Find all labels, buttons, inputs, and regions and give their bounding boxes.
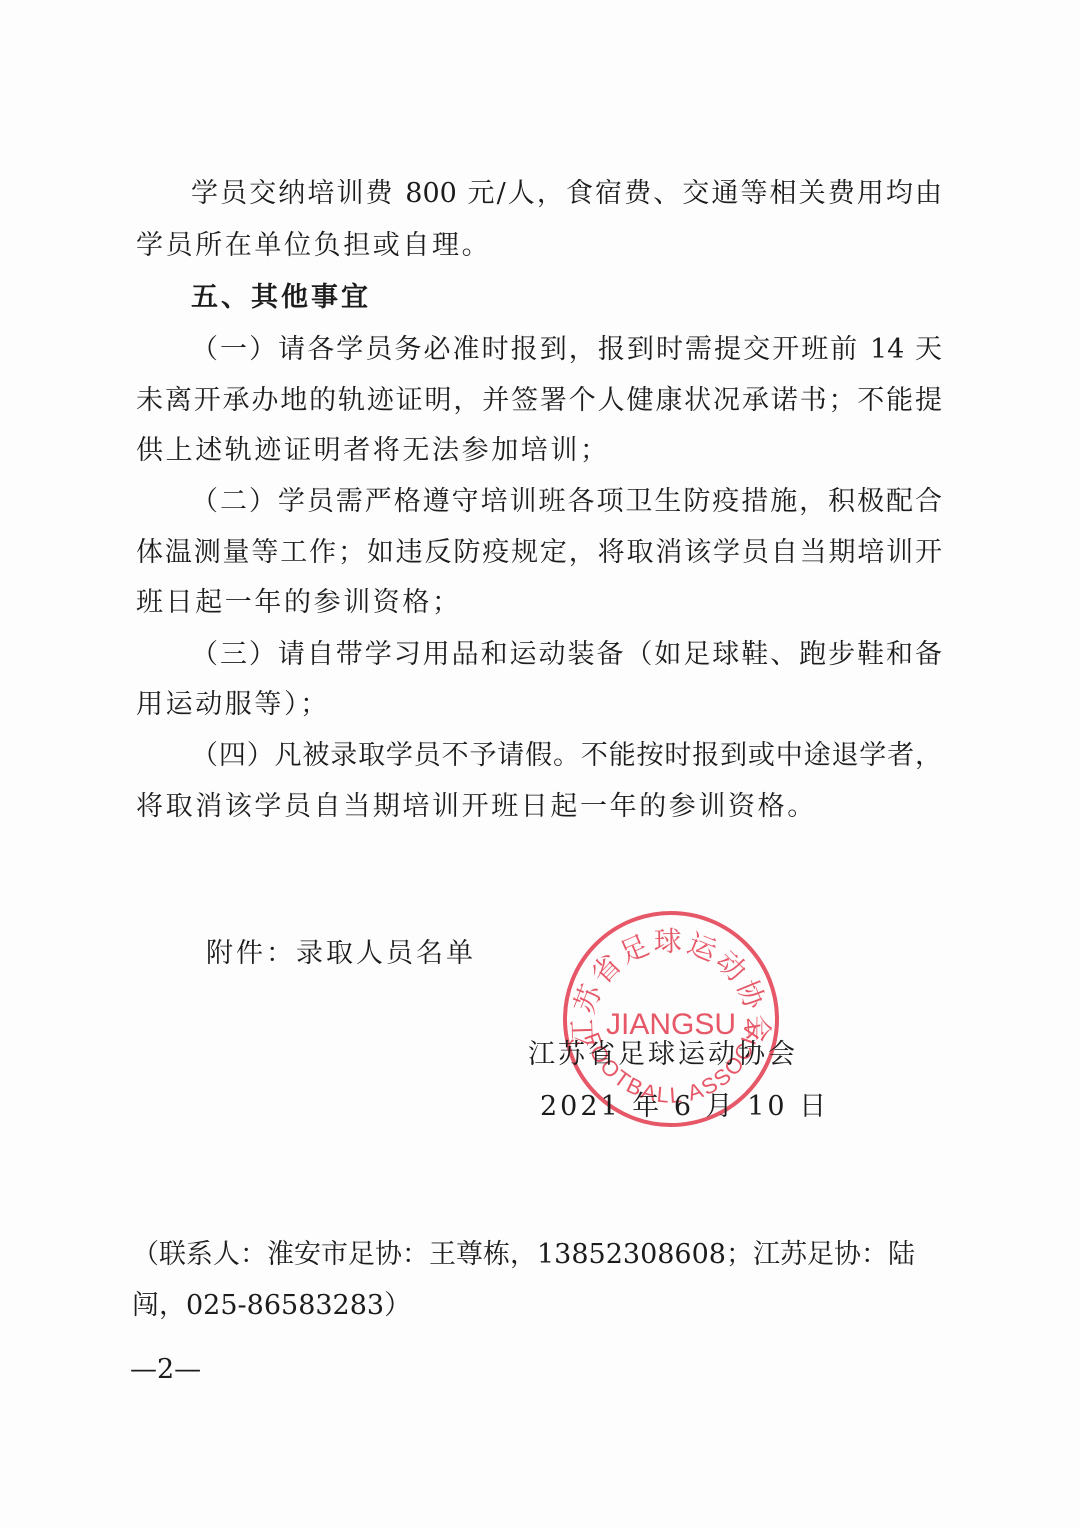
signature-organization: 江苏省足球运动协会: [528, 1037, 798, 1073]
item-1-line-2: 未离开承办地的轨迹证明，并签署个人健康状况承诺书；不能提: [136, 383, 942, 419]
contact-line-1: （联系人：淮安市足协：王尊栋，13852308608；江苏足协：陆: [132, 1237, 938, 1273]
section-heading: 五、其他事宜: [136, 280, 942, 316]
item-2-line-1: （二）学员需严格遵守培训班各项卫生防疫措施，积极配合: [136, 484, 942, 520]
item-2-line-2: 体温测量等工作；如违反防疫规定，将取消该学员自当期培训开: [136, 535, 942, 571]
item-4-line-1: （四）凡被录取学员不予请假。不能按时报到或中途退学者，: [136, 738, 942, 774]
fee-paragraph-line-1: 学员交纳培训费 800 元/人，食宿费、交通等相关费用均由: [136, 176, 942, 212]
fee-paragraph-line-2: 学员所在单位负担或自理。: [136, 228, 942, 264]
item-2-line-3: 班日起一年的参训资格；: [136, 585, 942, 621]
item-4-line-2: 将取消该学员自当期培训开班日起一年的参训资格。: [136, 789, 942, 825]
document-page: 学员交纳培训费 800 元/人，食宿费、交通等相关费用均由 学员所在单位负担或自…: [0, 0, 1080, 1529]
item-1-line-3: 供上述轨迹证明者将无法参加培训；: [136, 433, 942, 469]
contact-line-2: 闯，025-86583283）: [132, 1288, 938, 1324]
attachment-note: 附件：录取人员名单: [206, 936, 476, 972]
item-1-line-1: （一）请各学员务必准时报到，报到时需提交开班前 14 天: [136, 332, 942, 368]
page-number: —2—: [130, 1352, 201, 1388]
signature-date: 2021 年 6 月 10 日: [540, 1089, 829, 1125]
item-3-line-1: （三）请自带学习用品和运动装备（如足球鞋、跑步鞋和备: [136, 637, 942, 673]
item-3-line-2: 用运动服等）；: [136, 687, 942, 723]
